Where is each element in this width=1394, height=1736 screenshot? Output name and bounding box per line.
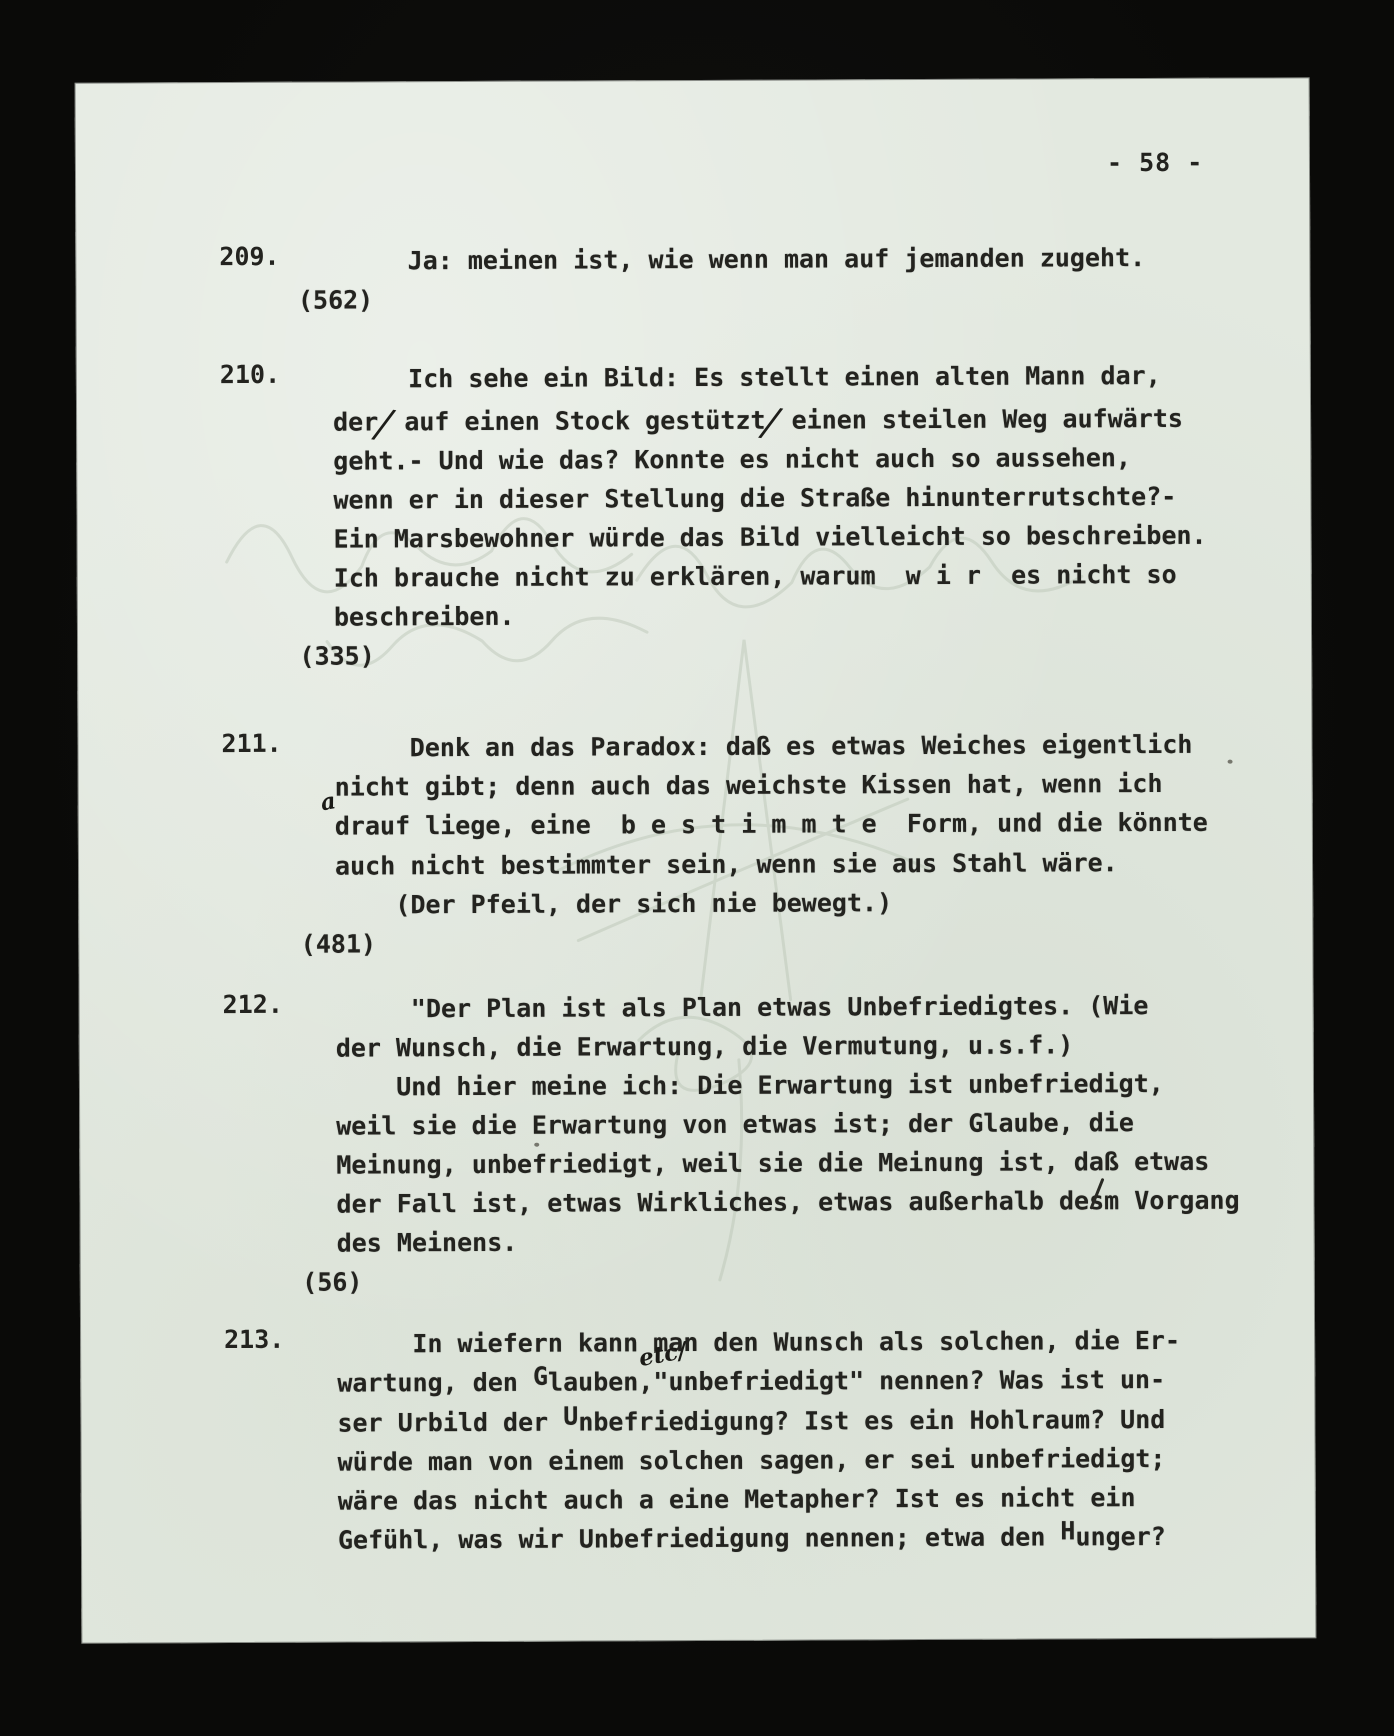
paragraph-210: 210.Ich sehe ein Bild: Es stellt einen a… — [76, 355, 1312, 676]
text-segment: Denk an das Paradox: daß es etwas Weiche… — [410, 730, 1193, 762]
text-line: Ich brauche nicht zu erklären, warum w i… — [334, 554, 1312, 597]
text-line: weil sie die Erwartung von etwas ist; de… — [336, 1102, 1314, 1145]
text-line: Ja: meinen ist, wie wenn man auf jemande… — [332, 237, 1310, 280]
paragraph-number: 209. — [219, 242, 279, 271]
struck-letter: s — [1089, 1181, 1104, 1220]
paragraph-212: 212."Der Plan ist als Plan etwas Unbefri… — [79, 985, 1315, 1302]
paragraph-number: 210. — [220, 360, 280, 389]
text-segment: (Der Pfeil, der sich nie bewegt.) — [395, 888, 892, 919]
text-line: "Der Plan ist als Plan etwas Unbefriedig… — [336, 985, 1314, 1028]
typescript-page: - 58 - 209.Ja: meinen ist, wie wenn man … — [75, 77, 1317, 1643]
text-segment: der Fall ist, etwas Wirkliches, etwas au… — [336, 1186, 1089, 1218]
text-line: nicht gibt; denn auch das weichste Kisse… — [335, 763, 1313, 806]
paragraph-text: Denk an das Paradox: daß es etwas Weiche… — [334, 724, 1313, 963]
text-line: der Fall ist, etwas Wirkliches, etwas au… — [336, 1180, 1314, 1223]
text-line: Denk an das Paradox: daß es etwas Weiche… — [334, 724, 1312, 767]
paragraph-text: Ich sehe ein Bild: Es stellt einen alten… — [333, 355, 1312, 675]
text-line: der/ auf einen Stock gestützt/ einen ste… — [333, 394, 1311, 441]
paragraph-number: 212. — [223, 990, 283, 1019]
paragraph-text: Ja: meinen ist, wie wenn man auf jemande… — [332, 237, 1310, 319]
text-line: des Meinens. — [337, 1219, 1315, 1262]
paragraph-211: 211.Denk an das Paradox: daß es etwas We… — [77, 724, 1313, 964]
text-line: wartung, den Glauben,etc/"unbefriedigt" … — [337, 1359, 1315, 1403]
paragraph-number: 211. — [221, 729, 281, 758]
text-segment: (335) — [299, 641, 374, 670]
text-segment: nbefriedigung? Ist es ein Hohlraum? Und — [578, 1405, 1165, 1437]
source-ref: (562) — [298, 276, 1311, 319]
text-segment: wartung, den — [337, 1368, 533, 1398]
text-segment: (562) — [298, 285, 373, 314]
text-segment: lauben, — [548, 1367, 653, 1396]
text-segment: wäre das nicht auch a eine Metapher? Ist… — [338, 1483, 1136, 1515]
text-segment: Meinung, unbefriedigt, weil sie die Mein… — [336, 1147, 1209, 1180]
text-segment: "Der Plan ist als Plan etwas Unbefriedig… — [411, 991, 1149, 1023]
text-segment: auch nicht bestimmter sein, wenn sie aus… — [335, 848, 1118, 880]
text-line: wäre das nicht auch a eine Metapher? Ist… — [338, 1477, 1316, 1520]
paragraph-213: 213.In wiefern kann man den Wunsch als s… — [80, 1320, 1316, 1560]
raised-letter: G — [533, 1357, 548, 1396]
text-segment: In wiefern kann man den Wunsch als solch… — [412, 1326, 1180, 1358]
source-ref: (481) — [301, 920, 1314, 963]
text-segment: würde man von einem solchen sagen, er se… — [338, 1444, 1166, 1477]
paragraph-text: "Der Plan ist als Plan etwas Unbefriedig… — [336, 985, 1315, 1301]
text-segment: einen steilen Weg aufwärts — [776, 404, 1183, 435]
text-segment: Ein Marsbewohner würde das Bild vielleic… — [334, 521, 1207, 554]
source-ref: (335) — [299, 632, 1312, 675]
text-line: In wiefern kann man den Wunsch als solch… — [337, 1320, 1315, 1363]
typescript-body: 209.Ja: meinen ist, wie wenn man auf jem… — [75, 77, 1310, 82]
text-line: Meinung, unbefriedigt, weil sie die Mein… — [336, 1141, 1314, 1184]
paragraph-209: 209.Ja: meinen ist, wie wenn man auf jem… — [75, 237, 1310, 320]
text-line: Gefühl, was wir Unbefriedigung nennen; e… — [338, 1516, 1316, 1559]
paragraph-number: 213. — [224, 1325, 284, 1354]
text-segment: Ich brauche nicht zu erklären, warum w i… — [334, 560, 1177, 593]
text-segment: unger? — [1075, 1522, 1165, 1551]
ink-speck — [534, 1143, 539, 1147]
text-segment: Und hier meine ich: Die Erwartung ist un… — [396, 1069, 1164, 1101]
text-segment: drauf liege, eine b e s t i m m t e Form… — [335, 808, 1208, 841]
text-segment: Ja: meinen ist, wie wenn man auf jemande… — [408, 243, 1146, 275]
text-segment: m Vorgang — [1104, 1186, 1240, 1216]
text-line: beschreiben. — [334, 593, 1312, 636]
text-line: (Der Pfeil, der sich nie bewegt.) — [335, 881, 1313, 924]
text-line: auch nicht bestimmter sein, wenn sie aus… — [335, 842, 1313, 885]
text-line: Und hier meine ich: Die Erwartung ist un… — [336, 1063, 1314, 1106]
text-line: ser Urbild der Unbefriedigung? Ist es ei… — [337, 1399, 1315, 1442]
text-segment: (481) — [301, 929, 376, 958]
handwritten-insertion: a — [317, 784, 324, 822]
text-line: wenn er in dieser Stellung die Straße hi… — [333, 476, 1311, 519]
text-segment: (56) — [302, 1267, 362, 1296]
text-segment: beschreiben. — [334, 602, 515, 632]
ink-speck — [1228, 760, 1233, 764]
paragraph-text: In wiefern kann man den Wunsch als solch… — [337, 1320, 1316, 1559]
text-segment: ser Urbild der — [337, 1408, 563, 1438]
text-segment: nicht gibt; denn auch das weichste Kisse… — [335, 769, 1163, 802]
raised-letter: U — [563, 1397, 578, 1436]
text-segment: des Meinens. — [337, 1228, 518, 1258]
text-segment: der Wunsch, die Erwartung, die Vermutung… — [336, 1030, 1074, 1062]
text-line: adrauf liege, eine b e s t i m m t e For… — [335, 802, 1313, 846]
text-segment: der — [333, 407, 378, 436]
text-segment: Gefühl, was wir Unbefriedigung nennen; e… — [338, 1522, 1061, 1554]
scanned-typescript-screenshot: { "page": { "number": "- 58 -" }, "parag… — [0, 0, 1394, 1736]
text-line: Ein Marsbewohner würde das Bild vielleic… — [334, 515, 1312, 558]
text-line: Ich sehe ein Bild: Es stellt einen alten… — [333, 355, 1311, 398]
text-segment: wenn er in dieser Stellung die Straße hi… — [333, 482, 1176, 515]
page-number: - 58 - — [1107, 148, 1203, 177]
text-segment: "unbefriedigt" nennen? Was ist un- — [653, 1365, 1165, 1396]
text-segment: weil sie die Erwartung von etwas ist; de… — [336, 1108, 1134, 1140]
text-line: würde man von einem solchen sagen, er se… — [338, 1438, 1316, 1481]
text-line: der Wunsch, die Erwartung, die Vermutung… — [336, 1024, 1314, 1067]
text-segment: geht.- Und wie das? Konnte es nicht auch… — [333, 443, 1131, 475]
text-line: geht.- Und wie das? Konnte es nicht auch… — [333, 437, 1311, 480]
raised-letter: H — [1060, 1511, 1075, 1550]
source-ref: (56) — [302, 1258, 1315, 1301]
text-segment: auf einen Stock gestützt — [389, 406, 765, 437]
text-segment: Ich sehe ein Bild: Es stellt einen alten… — [408, 361, 1161, 393]
